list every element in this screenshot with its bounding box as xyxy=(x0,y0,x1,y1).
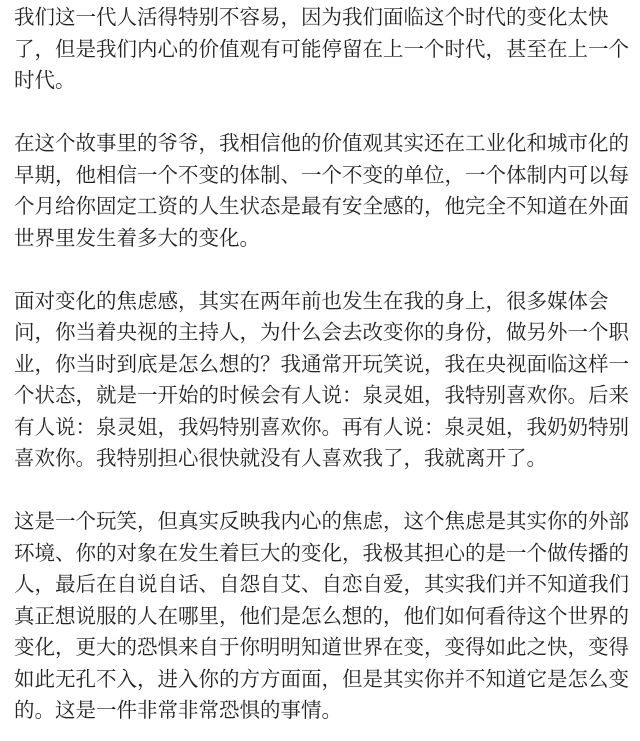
article-text: 我们这一代人活得特别不容易，因为我们面临这个时代的变化太快了，但是我们内心的价值… xyxy=(0,0,640,727)
paragraph-1: 我们这一代人活得特别不容易，因为我们面临这个时代的变化太快了，但是我们内心的价值… xyxy=(14,2,631,97)
paragraph-4: 这是一个玩笑，但真实反映我内心的焦虑，这个焦虑是其实你的外部环境、你的对象在发生… xyxy=(14,506,631,727)
paragraph-3: 面对变化的焦虑感，其实在两年前也发生在我的身上，很多媒体会问，你当着央视的主持人… xyxy=(14,286,631,475)
paragraph-2: 在这个故事里的爷爷，我相信他的价值观其实还在工业化和城市化的早期，他相信一个不变… xyxy=(14,128,631,254)
